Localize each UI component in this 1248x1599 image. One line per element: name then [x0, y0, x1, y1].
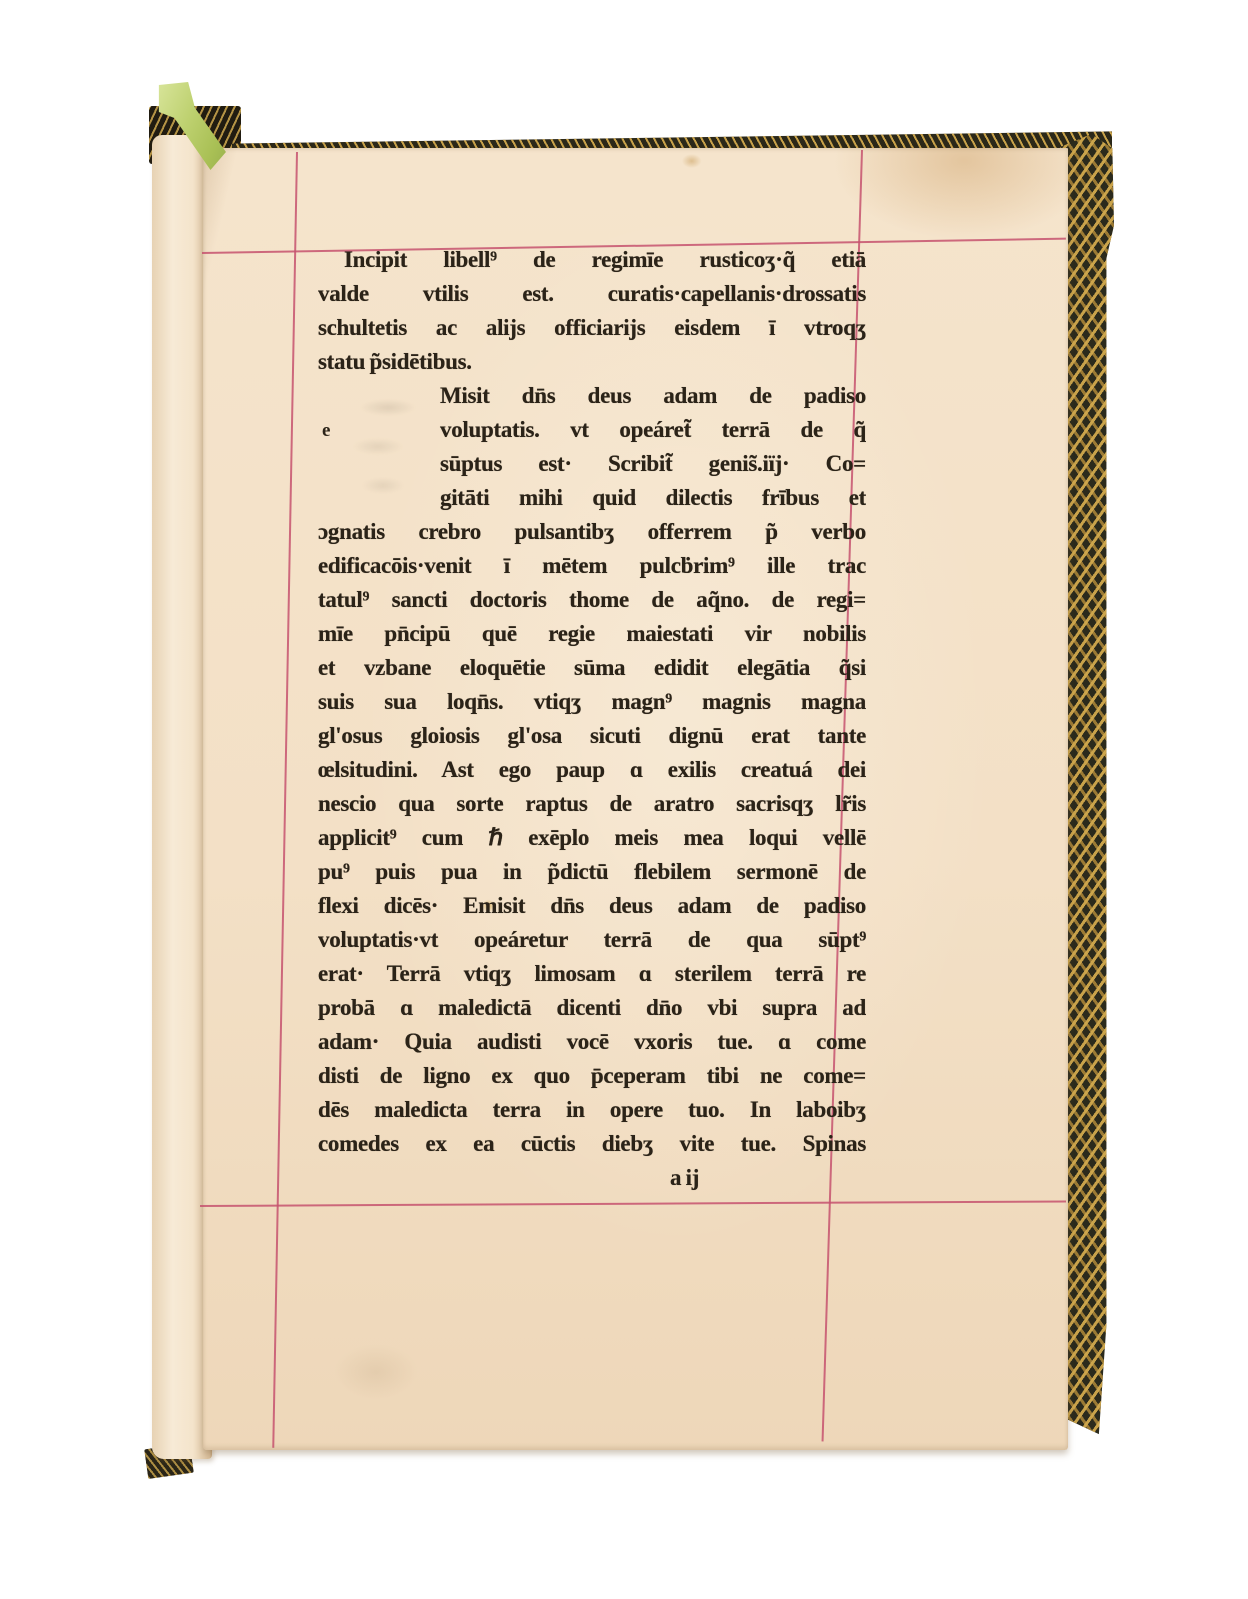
text-line: œlsitudini. Ast ego paup ɑ exilis creatu… — [318, 753, 866, 787]
text-line: voluptatis·vt opeáretur terrā de qua sūp… — [318, 923, 866, 957]
text-line: nescio qua sorte raptus de aratro sacris… — [318, 787, 866, 821]
photographed-book-page: e Incipit libell⁹ de regimīe rusticoʒ·q̃… — [0, 0, 1248, 1599]
text-line: gitāti mihi quid dilectis frībus et — [318, 481, 866, 515]
text-line: gl'osus gloiosis gl'osa sicuti dignū era… — [318, 719, 866, 753]
text-line: applicit⁹ cum ℏ exēplo meis mea loqui ve… — [318, 821, 866, 855]
text-line: tatul⁹ sancti doctoris thome de aq̃no. d… — [318, 583, 866, 617]
text-line: suis sua loqn̄s. vtiqʒ magn⁹ magnis magn… — [318, 685, 866, 719]
text-line: schultetis ac alijs officiarijs eisdem ī… — [318, 311, 866, 345]
text-line: dēs maledicta terra in opere tuo. In lab… — [318, 1093, 866, 1127]
text-line: adam· Quia audisti vocē vxoris tue. ɑ co… — [318, 1025, 866, 1059]
text-line: comedes ex ea cūctis diebʒ vite tue. Spi… — [318, 1127, 866, 1161]
text-line: edificacōis·venit ī mētem pulcḃrim⁹ ille… — [318, 549, 866, 583]
text-block: Incipit libell⁹ de regimīe rusticoʒ·q̃ e… — [318, 243, 866, 1195]
text-line: statu p̃sidētibus. — [318, 345, 866, 379]
text-line: Misit dn̄s deus adam de padiso — [318, 379, 866, 413]
text-line: mīe pn̄cipū quē regie maiestati vir nobi… — [318, 617, 866, 651]
text-line: erat· Terrā vtiqʒ limosam ɑ sterilem ter… — [318, 957, 866, 991]
text-line: pu⁹ puis pua in p̃dictū flebilem sermonē… — [318, 855, 866, 889]
text-line: sūptus est· Scribit̃ genis̃.iïj· Co= — [318, 447, 866, 481]
text-line: et vzbane eloquētie sūma edidit elegātia… — [318, 651, 866, 685]
text-line: valde vtilis est. curatis·capellanis·dro… — [318, 277, 866, 311]
text-line: probā ɑ maledictā dicenti dn̄o vbi supra… — [318, 991, 866, 1025]
signature-mark: a ij — [318, 1161, 866, 1195]
text-line: Incipit libell⁹ de regimīe rusticoʒ·q̃ e… — [318, 243, 866, 277]
gilt-fore-edge — [1060, 134, 1114, 1442]
text-line: flexi dicēs· Emisit dn̄s deus adam de pa… — [318, 889, 866, 923]
text-line: disti de ligno ex quo p̄ceperam tibi ne … — [318, 1059, 866, 1093]
text-line: voluptatis. vt opeáret̃ terrā de q̃ — [318, 413, 866, 447]
text-line: ɔgnatis crebro pulsantibʒ offerrem p̃ ve… — [318, 515, 866, 549]
